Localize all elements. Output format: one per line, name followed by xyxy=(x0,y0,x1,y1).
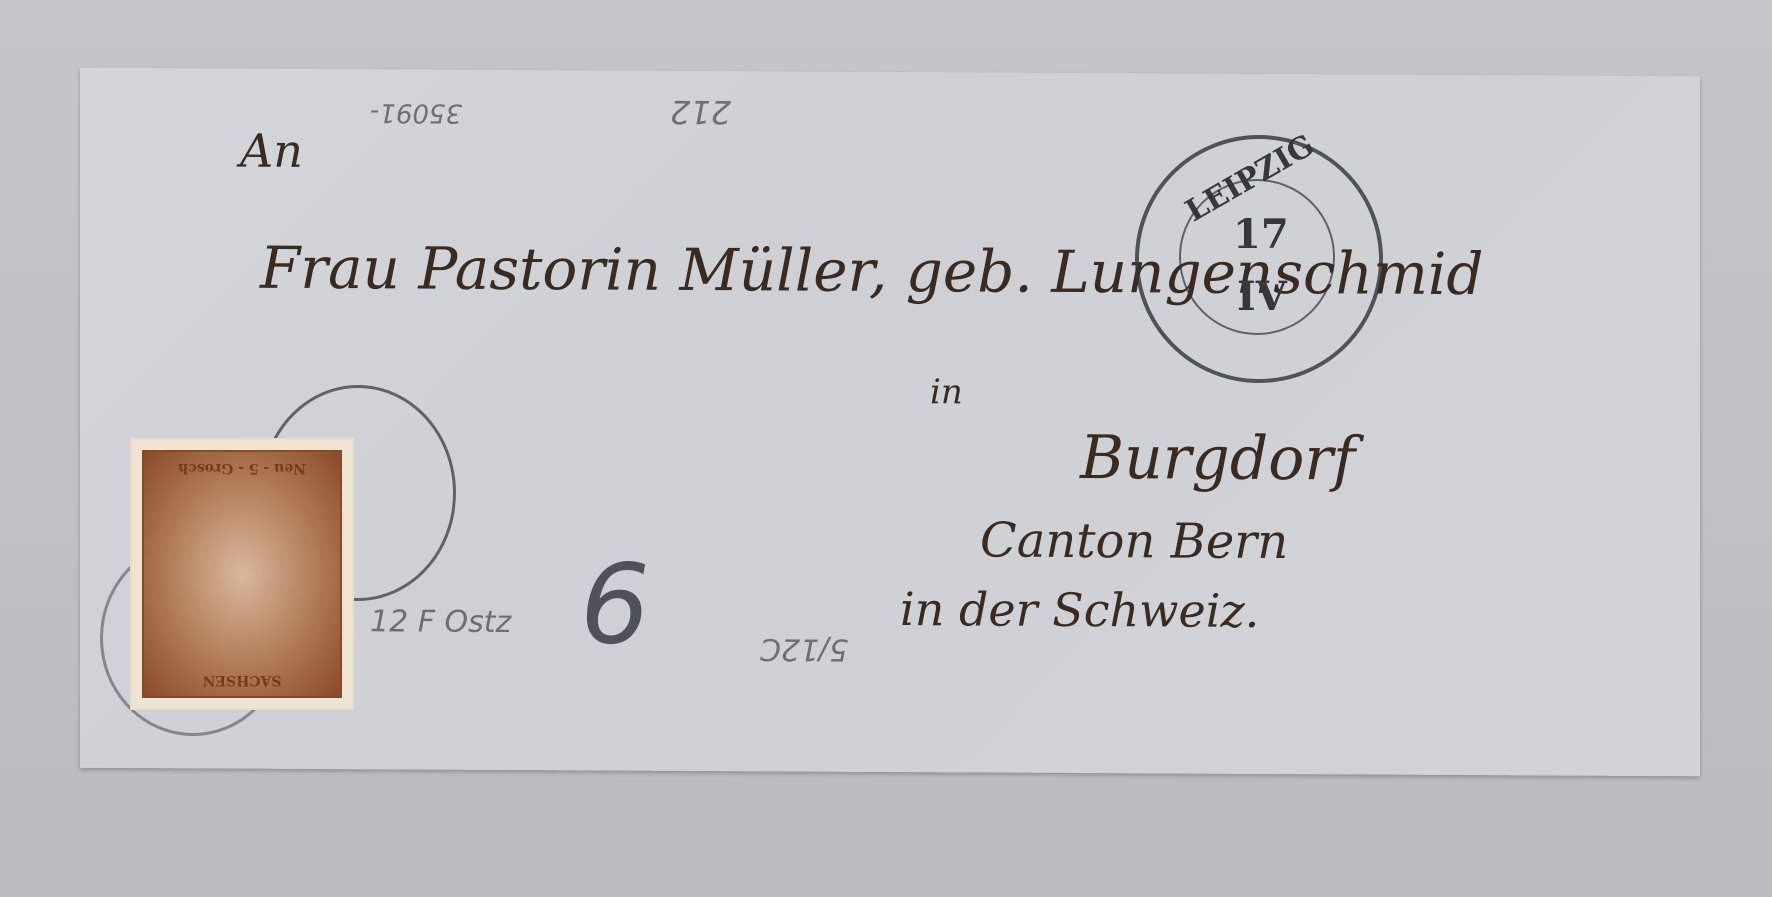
address-line-canton: Canton Bern xyxy=(980,512,1288,570)
leipzig-postmark: LEIPZIG 17 IV xyxy=(1135,135,1383,383)
stamp-value-label: Neu - 5 - Grosch xyxy=(144,460,340,476)
pencil-note-inverted: 5/12C xyxy=(760,631,848,666)
stamp-country: SACHSEN xyxy=(144,672,340,688)
postmark-day: 17 xyxy=(1233,211,1289,258)
pencil-note-top: 212 xyxy=(670,93,731,131)
address-line-country: in der Schweiz. xyxy=(900,582,1259,638)
pencil-note-six: 6 xyxy=(580,540,650,668)
postmark-month: IV xyxy=(1237,273,1287,320)
address-line-town: Burgdorf xyxy=(1080,423,1355,494)
address-line-an: An xyxy=(240,124,303,178)
postage-stamp: Neu - 5 - Grosch SACHSEN xyxy=(130,438,354,710)
stamp-portrait: Neu - 5 - Grosch SACHSEN xyxy=(142,450,342,698)
pencil-note-number: 35091- xyxy=(370,97,462,127)
pencil-note-bottom: 12 F Ostz xyxy=(370,604,511,640)
postmark-inner-ring: 17 IV xyxy=(1179,179,1335,335)
address-line-in: in xyxy=(930,372,963,412)
